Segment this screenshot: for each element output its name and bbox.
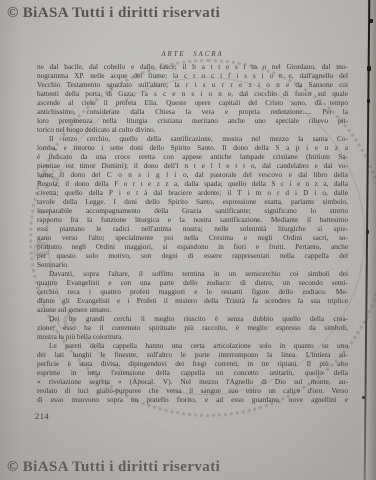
text-line: ne dal bacile, dal cobello e dalle fasce… <box>37 62 348 71</box>
watermark-bottom: © BiASA Tutti i diritti riservati <box>7 459 220 476</box>
edge-speck <box>369 19 373 23</box>
text-line: gano verso l'alto; specialmente poi nell… <box>37 233 348 242</box>
text-line: nogramma XP. nelle acque del fiume; la c… <box>37 71 348 80</box>
text-line: è indicato da una croce eretta con appes… <box>37 152 348 161</box>
text-line: antichissimo, considerate dalla Chiesa l… <box>37 107 348 116</box>
text-line: quattro Evangelisti e con una parte dell… <box>37 278 348 287</box>
text-line: Regola; il dono della F o r t e z z a, d… <box>37 179 348 188</box>
text-line: Le pareti della cappella hanno una certa… <box>37 341 348 350</box>
text-line: pientiae est timor Domini); il dono dell… <box>37 161 348 170</box>
text-line: diante gli Evangelisti e i Profeti il mi… <box>37 296 348 305</box>
text-line: mostra la più bella coloritura. <box>37 332 348 341</box>
text-line: rapporto fra la funzione liturgica e la … <box>37 215 348 224</box>
text-line: azione sul genere umano. <box>37 305 348 314</box>
text-line: ascende al cielo il profeta Elia. Queste… <box>37 98 348 107</box>
text-line: battenti della porta di Gaza; l'a s c e … <box>37 89 348 98</box>
text-line: esprime in tutta l'estensione della capp… <box>37 368 348 377</box>
text-line: loro preminenza nella liturgia cristiana… <box>37 116 348 125</box>
text-block: ne dal bacile, dal cobello e dalle fasce… <box>37 62 348 404</box>
edge-speck <box>367 99 370 103</box>
text-line: zione; esso ha il contenuto spirituale p… <box>37 323 348 332</box>
text-line: Dei tre grandi cerchi il meglio riuscito… <box>37 314 348 323</box>
text-line: torico nel luogo dedicato al culto divin… <box>37 125 348 134</box>
text-line: dei lati lunghi le finestre, sull'altro … <box>37 350 348 359</box>
text-line: Davanti, sopra l'altare, il soffitto ter… <box>37 269 348 278</box>
edge-speck <box>367 66 371 71</box>
text-line: Il terzo cerchio, quello della santifica… <box>37 134 348 143</box>
text-line: « rivelazione segreta » (Apocal. V). Nel… <box>37 377 348 386</box>
text-line: prattutto negli Ordini maggiori, si espa… <box>37 242 348 251</box>
text-line: cerchio reca i quattro profeti maggiori … <box>37 287 348 296</box>
text-line: civetta; quello della P i e t à dal brac… <box>37 188 348 197</box>
scanned-page: S·D·E © BiASA Tutti i diritti riservati … <box>0 0 376 480</box>
text-line: per questo solo motivo, son degni di ess… <box>37 251 348 260</box>
text-line: perficie è stata divisa, dipingendovi de… <box>37 359 348 368</box>
text-line: tavole della Legge. I doni dello Spirito… <box>37 197 348 206</box>
page-number: 214 <box>35 411 49 421</box>
text-line: Seminario. <box>37 260 348 269</box>
text-line: inseparabile accompagnamento della Grazi… <box>37 206 348 215</box>
text-line: essi piantano le radici nell'anima nostr… <box>37 224 348 233</box>
text-line: lomba, e intorno i sette doni dello Spir… <box>37 143 348 152</box>
running-header: ARTE SACRA <box>37 51 348 58</box>
text-line: Vecchio Testamento sgozzato sull'altare;… <box>37 80 348 89</box>
watermark-top: © BiASA Tutti i diritti riservati <box>7 5 220 22</box>
text-line: reolato di luci giallo-purpuree che vers… <box>37 386 348 395</box>
text-line: di esso muovono sopra un pratello fiorit… <box>37 395 348 404</box>
edge-speck <box>366 230 369 234</box>
text-line: lume; il dono del C o n s i g l i o, dal… <box>37 170 348 179</box>
edge-speck <box>362 396 365 399</box>
